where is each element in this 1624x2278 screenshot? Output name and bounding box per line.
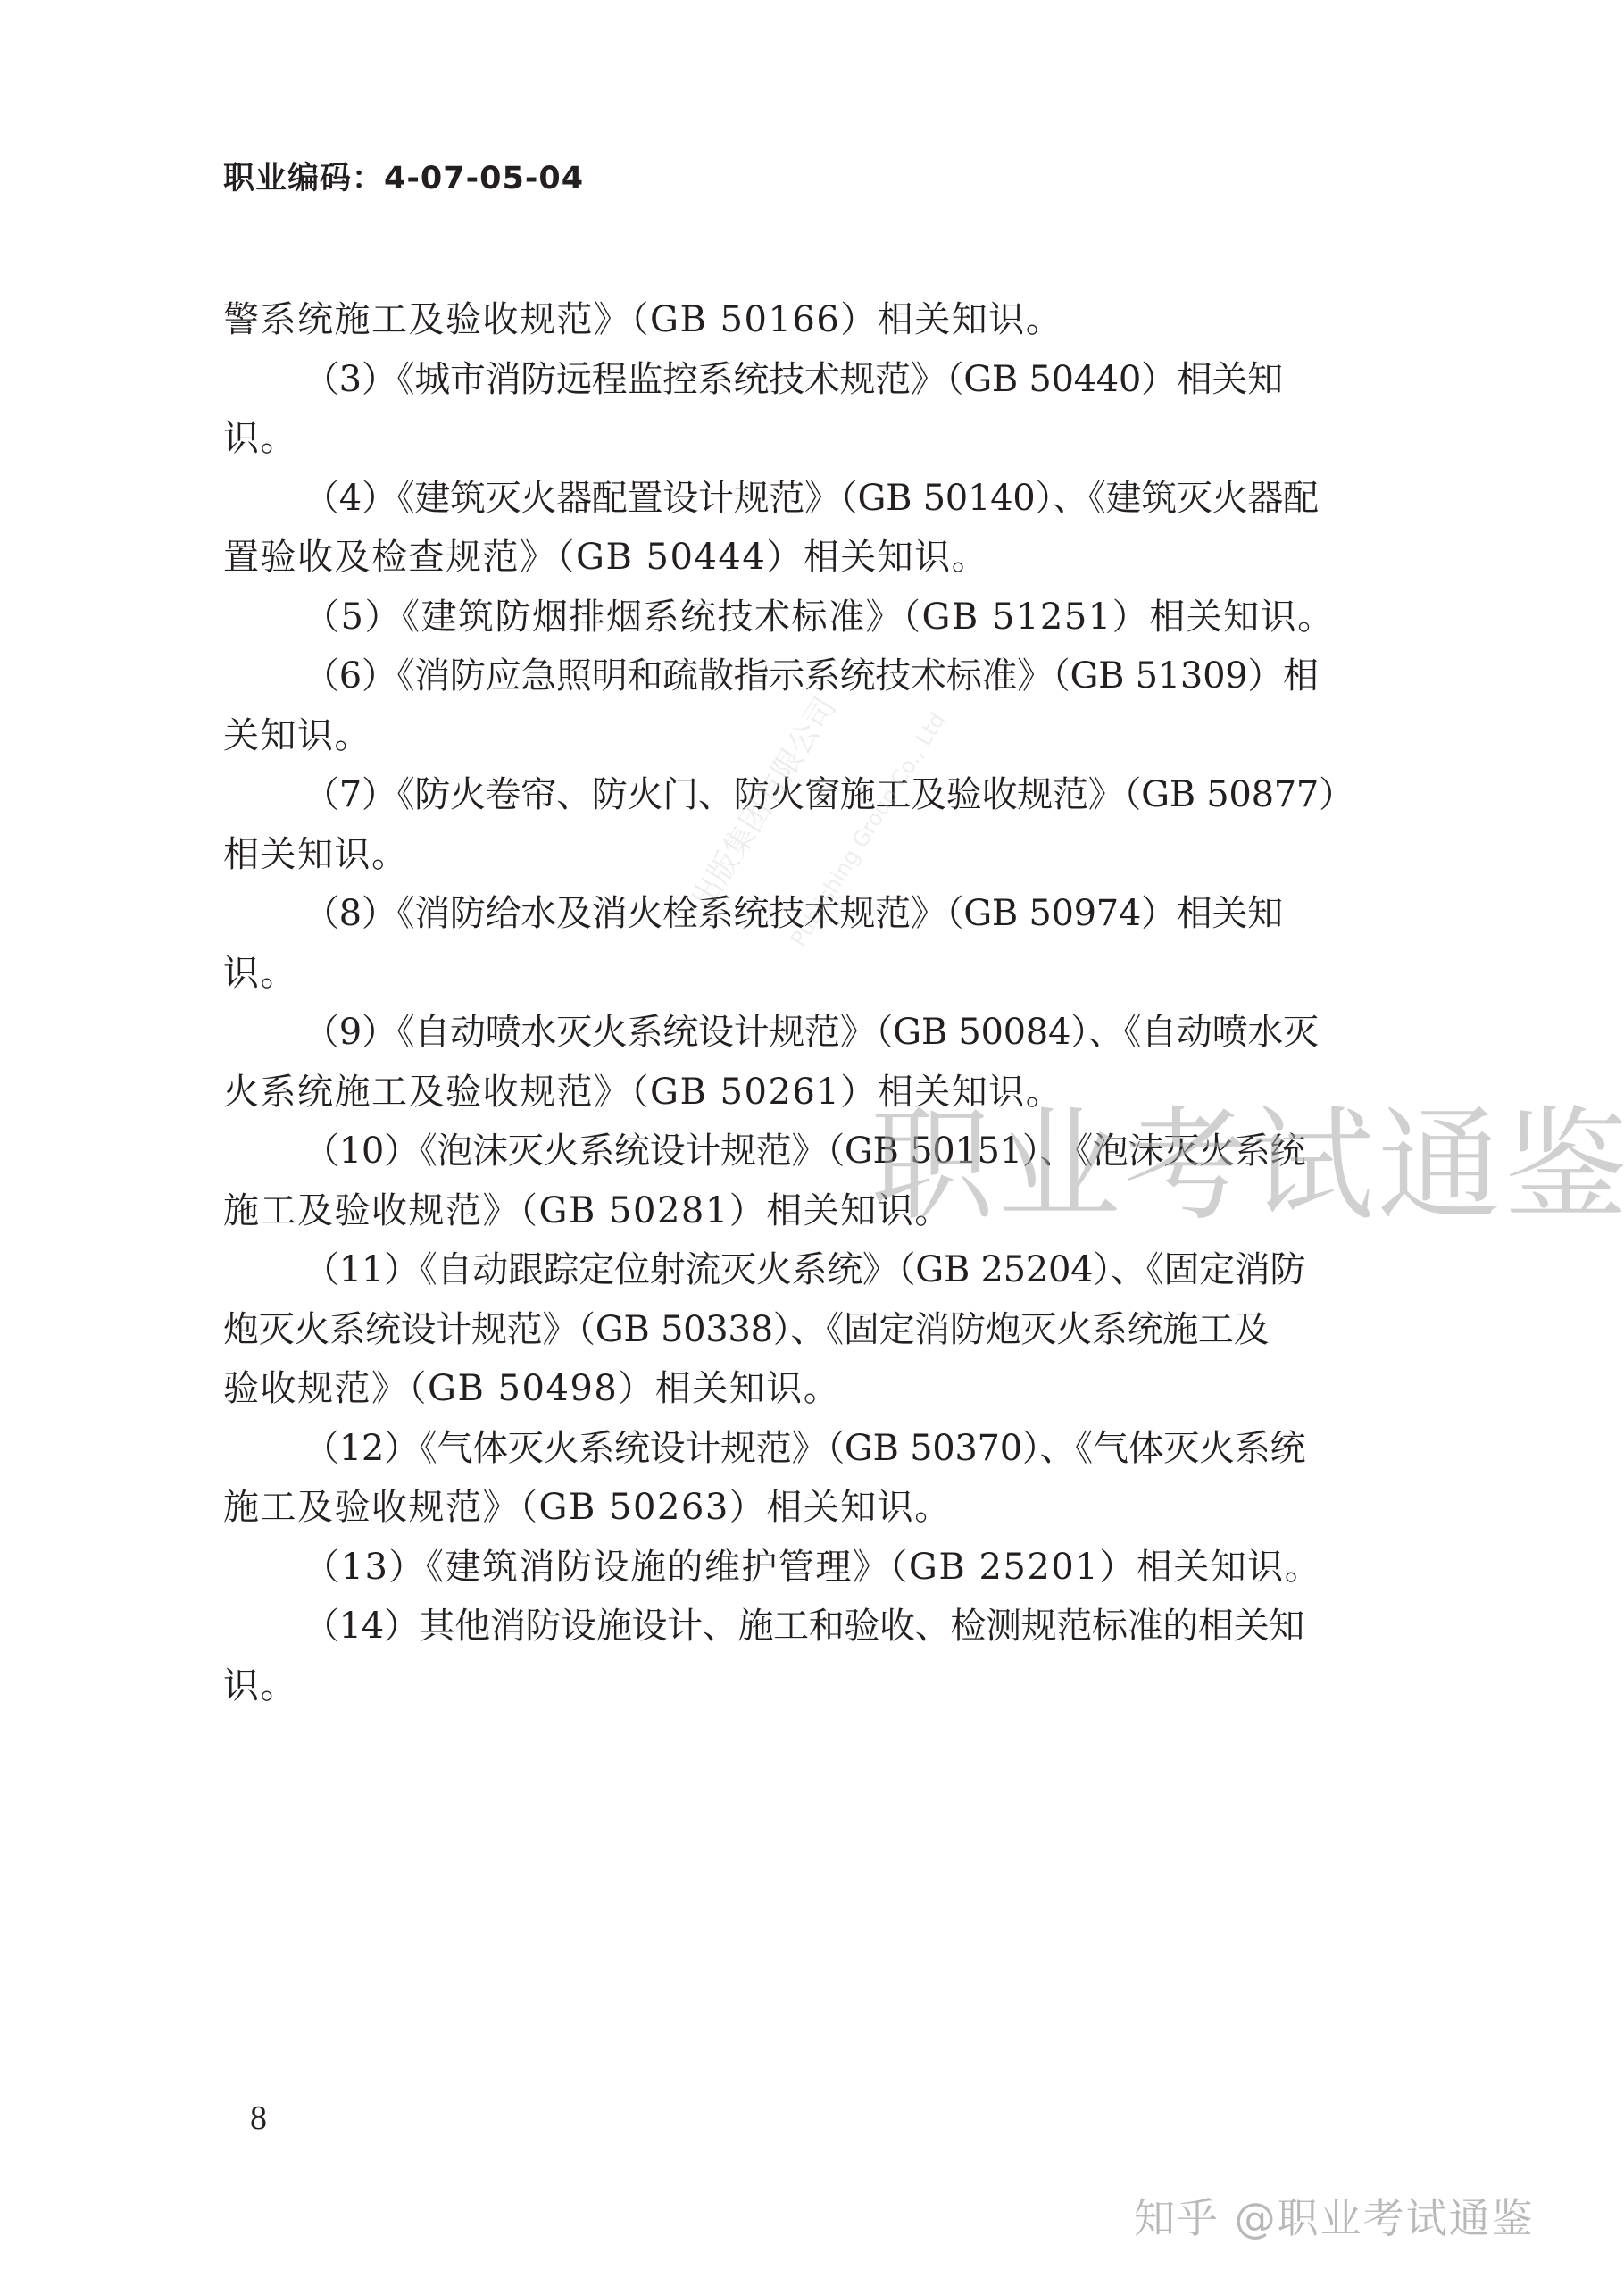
list-item-13: （13）《建筑消防设施的维护管理》（GB 25201）相关知识。 xyxy=(223,1538,1402,1598)
text-line: 炮灭火系统设计规范》（GB 50338）、《固定消防炮灭火系统施工及 xyxy=(223,1300,1402,1360)
list-item-3: （3）《城市消防远程监控系统技术规范》（GB 50440）相关知 xyxy=(223,350,1402,410)
page-number: 8 xyxy=(250,2099,267,2138)
text-line: 警系统施工及验收规范》（GB 50166）相关知识。 xyxy=(223,290,1402,350)
text-line: 施工及验收规范》（GB 50263）相关知识。 xyxy=(223,1478,1402,1538)
list-item-9: （9）《自动喷水灭火系统设计规范》（GB 50084）、《自动喷水灭 xyxy=(223,1003,1402,1063)
list-item-14: （14）其他消防设施设计、施工和验收、检测规范标准的相关知 xyxy=(223,1597,1402,1656)
list-item-7: （7）《防火卷帘、防火门、防火窗施工及验收规范》（GB 50877） xyxy=(223,765,1402,825)
list-item-12: （12）《气体灭火系统设计规范》（GB 50370）、《气体灭火系统 xyxy=(223,1419,1402,1479)
list-item-5: （5）《建筑防烟排烟系统技术标准》（GB 51251）相关知识。 xyxy=(223,588,1402,647)
text-line: 置验收及检查规范》（GB 50444）相关知识。 xyxy=(223,528,1402,588)
text-line: 施工及验收规范》（GB 50281）相关知识。 xyxy=(223,1181,1402,1241)
footer-watermark: 知乎 @职业考试通鉴 xyxy=(1134,2186,1535,2245)
list-item-4: （4）《建筑灭火器配置设计规范》（GB 50140）、《建筑灭火器配 xyxy=(223,469,1402,529)
text-line: 识。 xyxy=(223,409,1402,469)
text-line: 火系统施工及验收规范》（GB 50261）相关知识。 xyxy=(223,1063,1402,1122)
list-item-11: （11）《自动跟踪定位射流灭火系统》（GB 25204）、《固定消防 xyxy=(223,1240,1402,1300)
document-body: 警系统施工及验收规范》（GB 50166）相关知识。 （3）《城市消防远程监控系… xyxy=(223,290,1402,1715)
text-line: 验收规范》（GB 50498）相关知识。 xyxy=(223,1359,1402,1419)
text-line: 相关知识。 xyxy=(223,825,1402,885)
list-item-10: （10）《泡沫灭火系统设计规范》（GB 50151）、《泡沫灭火系统 xyxy=(223,1122,1402,1181)
text-line: 识。 xyxy=(223,944,1402,1004)
text-line: 识。 xyxy=(223,1656,1402,1716)
occupation-code-header: 职业编码：4-07-05-04 xyxy=(223,154,584,198)
